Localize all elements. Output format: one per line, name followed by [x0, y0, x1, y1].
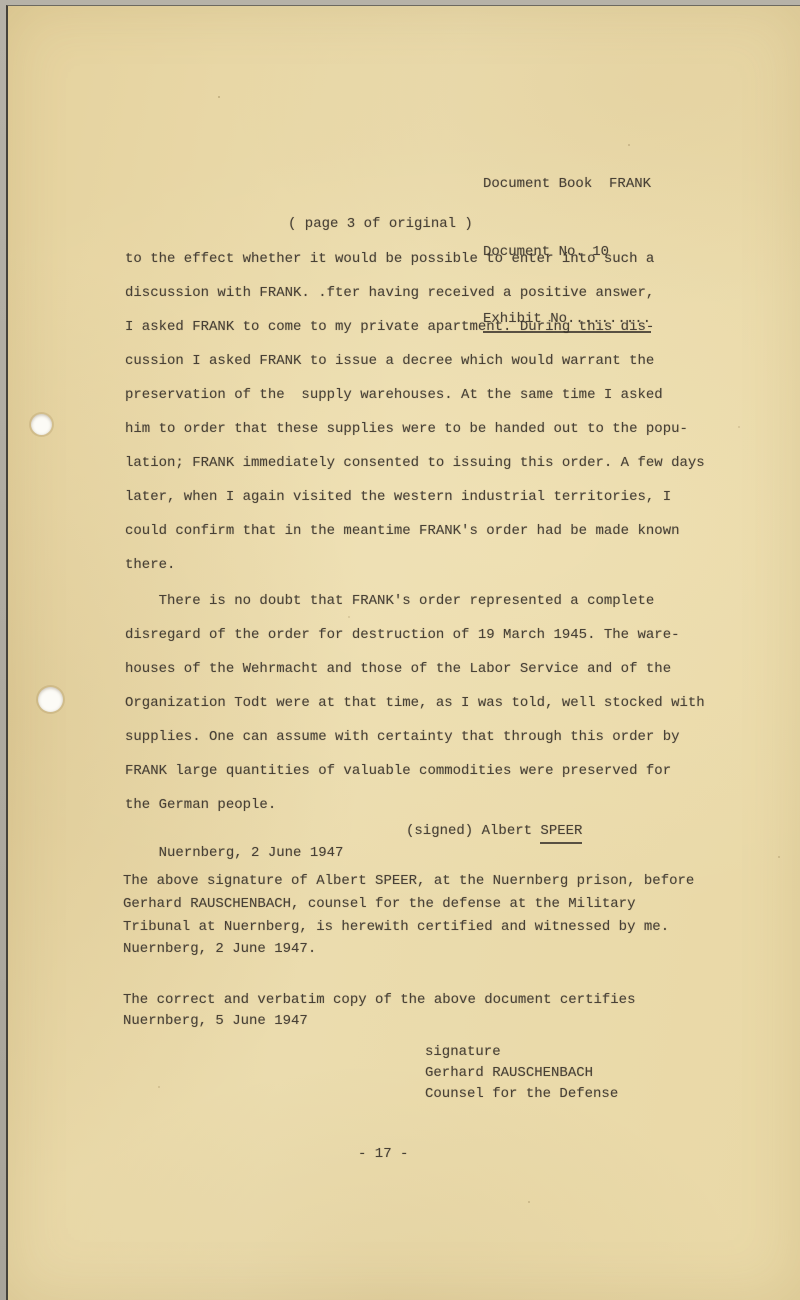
text-line: him to order that these supplies were to… [125, 412, 705, 446]
statement-paragraph-1: to the effect whether it would be possib… [125, 242, 705, 582]
text-line: Nuernberg, 5 June 1947 [123, 1011, 635, 1032]
place-date: Nuernberg, 2 June 1947 [159, 845, 344, 861]
text-line: later, when I again visited the western … [125, 480, 705, 514]
header-document-book: Document Book FRANK [483, 173, 651, 196]
signed-by: (signed) Albert SPEER [406, 820, 582, 844]
text-line: signature [425, 1042, 618, 1063]
text-line: there. [125, 548, 705, 582]
certification-date: Nuernberg, 2 June 1947. [123, 938, 316, 960]
text-line: I asked FRANK to come to my private apar… [125, 310, 705, 344]
text-line: There is no doubt that FRANK's order rep… [125, 584, 705, 618]
text-line: Tribunal at Nuernberg, is herewith certi… [123, 916, 694, 939]
text-line: The above signature of Albert SPEER, at … [123, 870, 694, 893]
verbatim-copy-note: The correct and verbatim copy of the abo… [123, 990, 635, 1032]
paper-specks [218, 96, 220, 98]
text-line: Gerhard RAUSCHENBACH [425, 1063, 618, 1084]
text-line: FRANK large quantities of valuable commo… [125, 754, 705, 788]
text-line: Gerhard RAUSCHENBACH, counsel for the de… [123, 893, 694, 916]
statement-paragraph-2: There is no doubt that FRANK's order rep… [125, 584, 705, 822]
signed-name: SPEER [540, 820, 582, 844]
text-line: lation; FRANK immediately consented to i… [125, 446, 705, 480]
certification-paragraph: The above signature of Albert SPEER, at … [123, 870, 694, 939]
text-line: could confirm that in the meantime FRANK… [125, 514, 705, 548]
page-number: - 17 - [358, 1143, 408, 1165]
text-line: houses of the Wehrmacht and those of the… [125, 652, 705, 686]
text-line: to the effect whether it would be possib… [125, 242, 705, 276]
punch-hole-top [31, 414, 52, 435]
counsel-signature-block: signatureGerhard RAUSCHENBACHCounsel for… [425, 1042, 618, 1105]
signed-prefix: (signed) Albert [406, 823, 540, 839]
text-line: disregard of the order for destruction o… [125, 618, 705, 652]
punch-hole-bottom [38, 687, 63, 712]
text-line: cussion I asked FRANK to issue a decree … [125, 344, 705, 378]
page-reference: ( page 3 of original ) [288, 213, 473, 235]
text-line: discussion with FRANK. .fter having rece… [125, 276, 705, 310]
text-line: preservation of the supply warehouses. A… [125, 378, 705, 412]
text-line: Counsel for the Defense [425, 1084, 618, 1105]
text-line: supplies. One can assume with certainty … [125, 720, 705, 754]
text-line: Organization Todt were at that time, as … [125, 686, 705, 720]
text-line: the German people. [125, 788, 705, 822]
text-line: The correct and verbatim copy of the abo… [123, 990, 635, 1011]
scanned-document: Document Book FRANK Document No. 10 Exhi… [0, 0, 800, 1300]
